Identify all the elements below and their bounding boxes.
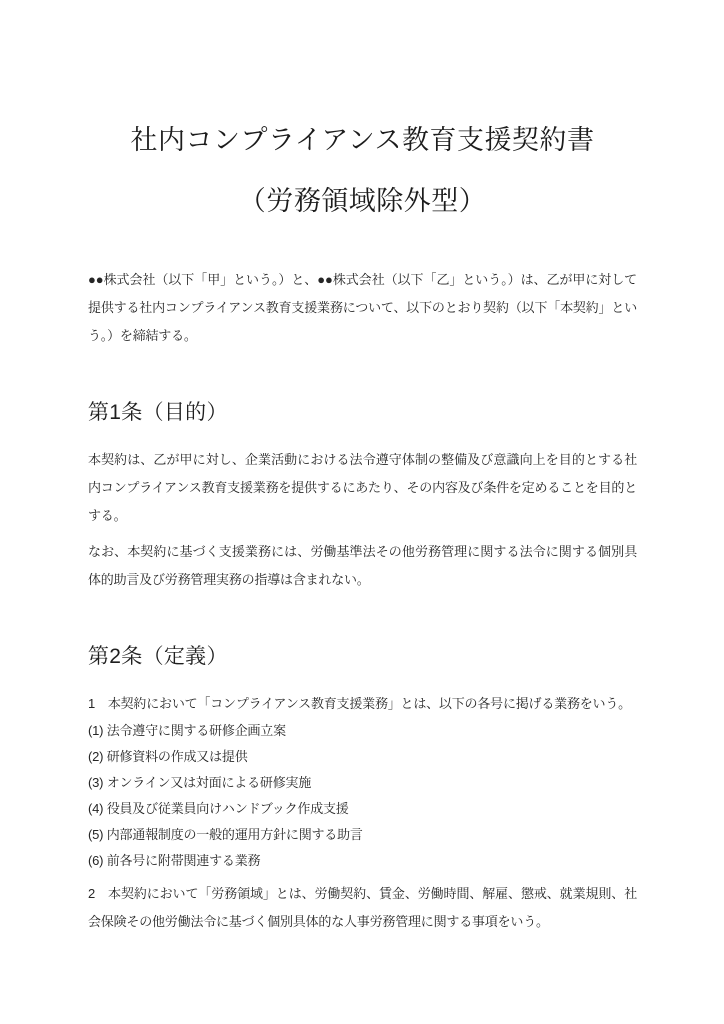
list-item: (3) オンライン又は対面による研修実施	[88, 770, 637, 796]
document-title: 社内コンプライアンス教育支援契約書 （労務領域除外型）	[88, 110, 637, 232]
list-item: (5) 内部通報制度の一般的運用方針に関する助言	[88, 822, 637, 848]
section-2-clause-1: 1 本契約において「コンプライアンス教育支援業務」とは、以下の各号に掲げる業務を…	[88, 690, 637, 718]
list-item: (6) 前各号に附帯関連する業務	[88, 848, 637, 874]
document-title-line2: （労務領域除外型）	[88, 171, 637, 232]
section-1-paragraph-1: 本契約は、乙が甲に対し、企業活動における法令遵守体制の整備及び意識向上を目的とす…	[88, 446, 637, 530]
document-title-line1: 社内コンプライアンス教育支援契約書	[88, 110, 637, 171]
list-item: (1) 法令遵守に関する研修企画立案	[88, 718, 637, 744]
contract-document-page: 社内コンプライアンス教育支援契約書 （労務領域除外型） ●●株式会社（以下「甲」…	[0, 0, 724, 1024]
section-2-clause-2: 2 本契約において「労務領域」とは、労働契約、賃金、労働時間、解雇、懲戒、就業規…	[88, 880, 637, 936]
list-item: (4) 役員及び従業員向けハンドブック作成支援	[88, 796, 637, 822]
section-2-heading: 第2条（定義）	[88, 642, 637, 672]
list-item: (2) 研修資料の作成又は提供	[88, 744, 637, 770]
section-1-heading: 第1条（目的）	[88, 398, 637, 428]
definition-item-list: (1) 法令遵守に関する研修企画立案 (2) 研修資料の作成又は提供 (3) オ…	[88, 718, 637, 874]
section-1-paragraph-2: なお、本契約に基づく支援業務には、労働基準法その他労務管理に関する法令に関する個…	[88, 538, 637, 594]
intro-paragraph: ●●株式会社（以下「甲」という。）と、●●株式会社（以下「乙」という。）は、乙が…	[88, 266, 637, 350]
